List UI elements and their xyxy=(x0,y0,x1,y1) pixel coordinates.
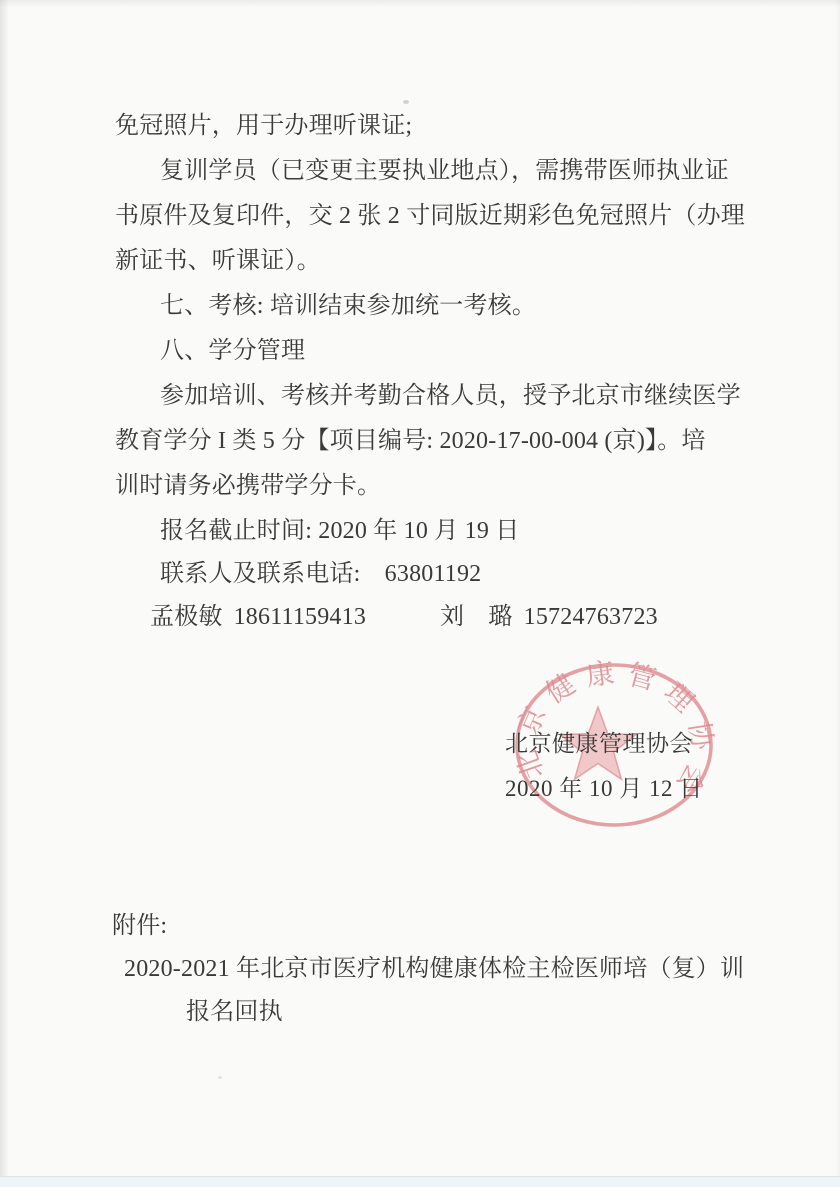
contact-name-1: 孟极敏 xyxy=(150,604,223,630)
body-line-item7-assessment: 七、考核: 培训结束参加统一考核。 xyxy=(160,293,536,321)
scan-bottom-strip xyxy=(0,1176,840,1187)
contact-person-2: 刘 璐15724763723 xyxy=(440,604,658,632)
contact-phone-2: 15724763723 xyxy=(524,604,658,630)
body-line-photo-use: 免冠照片，用于办理听课证; xyxy=(115,113,412,141)
scan-edge-right xyxy=(835,0,840,1187)
body-line-credits-2: 教育学分 I 类 5 分【项目编号: 2020-17-00-004 (京)】。培 xyxy=(115,428,706,456)
attachment-title-line-1: 2020-2021 年北京市医疗机构健康体检主检医师培（复）训 xyxy=(124,956,744,984)
scan-speck xyxy=(403,100,409,104)
body-line-contact-phone: 联系人及联系电话: 63801192 xyxy=(160,561,481,589)
attachment-label: 附件: xyxy=(112,913,167,941)
contact-phone-1: 18611159413 xyxy=(234,604,366,630)
body-line-item8-credits: 八、学分管理 xyxy=(160,338,305,366)
body-line-deadline: 报名截止时间: 2020 年 10 月 19 日 xyxy=(160,518,519,546)
scan-speck xyxy=(218,1076,222,1079)
signature-date: 2020 年 10 月 12 日 xyxy=(505,776,703,802)
contact-person-1: 孟极敏18611159413 xyxy=(150,604,366,632)
body-line-credits-3: 训时请务必携带学分卡。 xyxy=(115,473,381,501)
attachment-title-line-2: 报名回执 xyxy=(186,999,283,1027)
signature-org: 北京健康管理协会 xyxy=(505,731,693,757)
body-line-retrain-2: 书原件及复印件，交 2 张 2 寸同版近期彩色免冠照片（办理 xyxy=(115,203,745,231)
contact-persons-row: 孟极敏18611159413刘 璐15724763723 xyxy=(150,604,658,632)
scanned-document-page: 免冠照片，用于办理听课证; 复训学员（已变更主要执业地点），需携带医师执业证 书… xyxy=(0,0,840,1187)
body-line-credits-1: 参加培训、考核并考勤合格人员，授予北京市继续医学 xyxy=(160,383,741,411)
scan-edge-left xyxy=(0,0,9,1187)
contact-name-2: 刘 璐 xyxy=(440,604,513,630)
body-line-retrain-1: 复训学员（已变更主要执业地点），需携带医师执业证 xyxy=(160,158,729,186)
body-line-retrain-3: 新证书、听课证）。 xyxy=(115,248,321,276)
scan-edge-top xyxy=(0,0,840,7)
